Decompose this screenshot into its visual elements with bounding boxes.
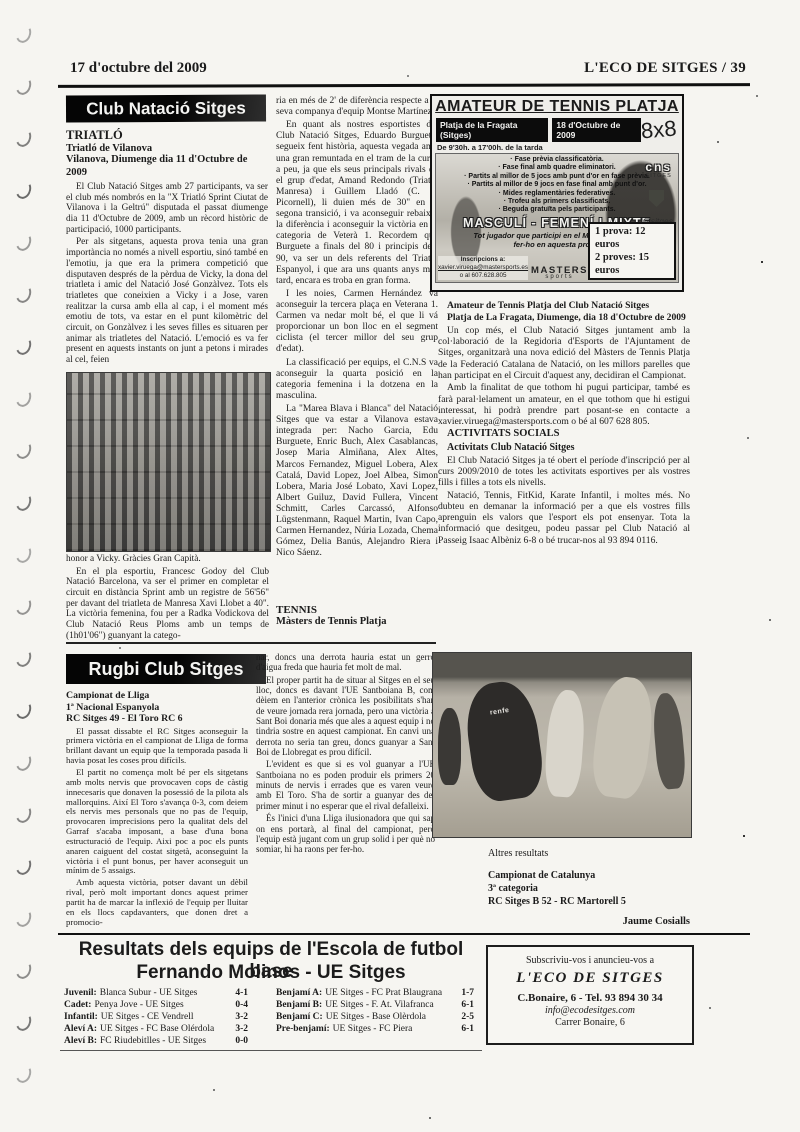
result-row: Benjamí C: UE Sitges - Base Olèrdola 2-5 [276,1011,474,1023]
result-category: Benjamí B: [276,999,322,1011]
result-row: Aleví B: FC Riudebitlles - UE Sitges 0-0 [64,1035,248,1047]
result-category: Benjamí C: [276,1011,323,1023]
campionat-score: RC Sitges B 52 - RC Martorell 5 [488,895,626,908]
ad-location-tag: Platja de la Fragata (Sitges) [436,118,548,142]
team-photo [66,372,271,552]
section-divider-rule [66,642,436,644]
natacio-subhead: Triatló de Vilanova [66,143,268,154]
paragraph: honor a Vicky. Gràcies Gran Capità. [66,554,269,565]
result-match: UE Sitges - F. At. Vilafranca [325,999,434,1011]
tennis-kicker: TENNIS [276,604,438,616]
paragraph: La "Marea Blava i Blanca" del Natació Si… [276,404,438,560]
natacio-headlines: TRIATLÓ Triatló de Vilanova Vilanova, Di… [66,128,268,179]
activitats-subheading: Activitats Club Natació Sitges [438,442,690,454]
rugbi-column-2: nar, doncs una derrota hauria estat un g… [256,652,435,934]
rugby-player-figure [588,674,657,801]
result-score: 6-1 [461,999,474,1011]
header-rule [58,83,750,88]
paragraph: Per als sitgetans, aquesta prova tenia u… [66,237,268,365]
ad-price-1: 1 prova: 12 euros [595,225,669,251]
result-score: 1-7 [461,987,474,999]
masters-sports-logo: MASTERS sports [531,265,588,280]
tennis-kicker-block: TENNIS Màsters de Tennis Platja [276,604,438,627]
rugby-player-figure [651,692,688,790]
paragraph: Amb la finalitat de que tothom hi pugui … [438,382,690,427]
ad-rule-item: · Beguda gratuïta pels participants. [436,206,678,214]
paragraph: ria en més de 2' de diferència respecte … [276,96,438,118]
result-row: Pre-benjamí: UE Sitges - FC Piera 6-1 [276,1023,474,1035]
futbol-results-left: Juvenil: Blanca Subur - UE Sitges 4-1 Ca… [64,987,248,1047]
result-match: UE Sitges - Base Olèrdola [326,1011,426,1023]
paragraph: El Club Natació Sitges ja té obert el pe… [438,455,690,489]
subscription-ad: Subscriviu-vos i anuncieu-vos a L'ECO DE… [486,945,694,1045]
ad-rule-item: · Trofeu als primers classificats. [436,198,678,206]
futbol-top-rule [58,933,750,935]
result-category: Pre-benjamí: [276,1023,330,1035]
activitats-heading: ACTIVITATS SOCIALS [438,428,690,440]
result-category: Benjamí A: [276,987,322,999]
cns-logo: cns SITGES [645,160,672,179]
result-category: Juvenil: [64,987,97,999]
paragraph: nar, doncs una derrota hauria estat un g… [256,652,435,673]
rugby-player-figure [438,708,461,785]
rugby-player-figure: renfe [461,678,546,804]
rugbi-competition: Campionat de Lliga [66,690,248,702]
masthead: L'ECO DE SITGES / 39 [584,60,746,77]
campionat-name: Campionat de Catalunya [488,869,626,882]
paragraph: El Club Natació Sitges amb 27 participan… [66,182,268,235]
ad-inscr-label: Inscripcions a: [438,256,528,264]
result-category: Aleví A: [64,1023,97,1035]
ad-format: 8x8 [639,116,677,145]
altres-resultats-caption: Altres resultats [488,848,548,859]
natacio-column-1: El Club Natació Sitges amb 27 participan… [66,182,268,370]
ad-inscr-email: xavier.viruega@mastersports.es [438,264,528,272]
result-match: Penya Jove - UE Sitges [94,999,183,1011]
paragraph: I les noies, Carmen Hernández va aconseg… [276,289,438,356]
result-category: Infantil: [64,1011,98,1023]
result-row: Benjamí A: UE Sitges - FC Prat Blaugrana… [276,987,474,999]
cns-logo-text: cns [645,160,672,174]
result-score: 6-1 [461,1023,474,1035]
ad-rule-item: · Partits al millor de 5 jocs amb punt d… [436,173,678,181]
result-match: UE Sitges - FC Piera [333,1023,413,1035]
campionat-category: 3ª categoria [488,882,626,895]
subscribe-brand: L'ECO DE SITGES [488,970,692,987]
result-match: FC Riudebitlles - UE Sitges [100,1035,206,1047]
natacio-section-title: Club Natació Sitges [86,98,246,119]
rugbi-division: 1ª Nacional Espanyola [66,702,248,714]
paragraph: En el pla esportiu, Francesc Godoy del C… [66,567,269,642]
paragraph: L'evident es que si es vol guanyar a l'U… [256,759,435,811]
tennis-subhead: Màsters de Tennis Platja [276,616,438,627]
futbol-title-line2: Fernando Molinos - UE Sitges [60,962,482,984]
result-match: UE Sitges - CE Vendrell [101,1011,194,1023]
ad-inscriptions: Inscripcions a: xavier.viruega@masterspo… [438,256,528,280]
paragraph: És l'inici d'una Lliga ilusionadora que … [256,813,435,854]
paragraph: Amb aquesta victòria, potser davant un d… [66,878,248,927]
result-row: Benjamí B: UE Sitges - F. At. Vilafranca… [276,999,474,1011]
subscribe-street: Carrer Bonaire, 6 [488,1017,692,1028]
rugbi-section-header: Rugbi Club Sitges [66,654,266,684]
ad-beach-photo: · Fase prèvia classificatòria. · Fase fi… [435,153,679,283]
paragraph: La classificació per equips, el C.N.S va… [276,358,438,402]
natacio-column-1-cont: honor a Vicky. Gràcies Gran Capità. En e… [66,554,269,644]
result-row: Juvenil: Blanca Subur - UE Sitges 4-1 [64,987,248,999]
ad-rule-item: · Fase prèvia classificatòria. [436,156,678,164]
result-score: 0-0 [235,1035,248,1047]
result-category: Cadet: [64,999,91,1011]
result-match: Blanca Subur - UE Sitges [100,987,198,999]
paragraph: Un cop més, el Club Natació Sitges junta… [438,325,690,382]
natacio-kicker: TRIATLÓ [66,128,268,143]
rugby-match-photo: renfe [432,652,692,838]
result-row: Cadet: Penya Jove - UE Sitges 0-4 [64,999,248,1011]
ad-rule-item: · Mides reglamentàries federatives. [436,190,678,198]
subscribe-line: Subscriviu-vos i anuncieu-vos a [488,955,692,966]
binding-marks [0,0,40,1132]
newspaper-page: 17 d'octubre del 2009 L'ECO DE SITGES / … [0,0,800,1132]
paragraph: El proper partit ha de situar al Sitges … [256,675,435,758]
futbol-results-right: Benjamí A: UE Sitges - FC Prat Blaugrana… [276,987,474,1035]
ad-inscr-phone: o al 607.628.805 [438,272,528,280]
result-match: UE Sitges - FC Base Olérdola [100,1023,214,1035]
subscribe-address: C.Bonaire, 6 - Tel. 93 894 30 34 [488,992,692,1004]
tennis-article-column: Amateur de Tennis Platja del Club Nataci… [438,300,690,648]
ad-price-box: 1 prova: 12 euros 2 proves: 15 euros [588,222,676,281]
result-score: 0-4 [235,999,248,1011]
ad-rule-item: · Partits al millor de 9 jocs en fase fi… [436,181,678,189]
cns-logo-sub: SITGES [645,173,672,179]
ad-date-tag: 18 d'Octubre de 2009 [552,118,640,142]
result-score: 4-1 [235,987,248,999]
ad-rules-list: · Fase prèvia classificatòria. · Fase fi… [436,154,678,215]
result-row: Aleví A: UE Sitges - FC Base Olérdola 3-… [64,1023,248,1035]
natacio-dateline: Vilanova, Diumenge dia 11 d'Octubre de 2… [66,154,268,179]
ad-title: AMATEUR DE TENNIS PLATJA [432,98,682,116]
result-score: 2-5 [461,1011,474,1023]
paragraph: El partit no comença molt bé per els sit… [66,768,248,876]
rugbi-column-1: Campionat de Lliga 1ª Nacional Espanyola… [66,690,248,934]
paragraph: En quant als nostres esportistes del Clu… [276,120,438,287]
rugby-player-figure [543,689,586,798]
result-category: Aleví B: [64,1035,97,1047]
ad-bottom-row: Inscripcions a: xavier.viruega@masterspo… [438,222,676,281]
rugbi-score-line: RC Sitges 49 - El Toro RC 6 [66,713,248,725]
result-match: UE Sitges - FC Prat Blaugrana [325,987,442,999]
ad-meta-row: Platja de la Fragata (Sitges) 18 d'Octub… [432,116,682,143]
ad-price-2: 2 proves: 15 euros [595,251,669,277]
ad-rule-item: · Fase final amb quadre eliminatori. [436,164,678,172]
result-score: 3-2 [235,1011,248,1023]
natacio-column-2: ria en més de 2' de diferència respecte … [276,96,438,602]
natacio-section-header: Club Natació Sitges [66,94,266,122]
campionat-results-block: Campionat de Catalunya 3ª categoria RC S… [488,869,626,908]
ad-hours: De 9'30h. a 17'00h. de la tarda [432,143,682,152]
paragraph: El passat dissabte el RC Sitges aconsegu… [66,727,248,766]
issue-date: 17 d'octubre del 2009 [70,60,207,77]
paragraph: Natació, Tennis, FitKid, Karate Infantil… [438,490,690,547]
tennis-ad: AMATEUR DE TENNIS PLATJA Platja de la Fr… [430,94,684,292]
tennis-lead-2: Platja de La Fragata, Diumenge, dia 18 d… [438,312,690,323]
rugbi-section-title: Rugbi Club Sitges [89,659,244,680]
result-row: Infantil: UE Sitges - CE Vendrell 3-2 [64,1011,248,1023]
subscribe-email: info@ecodesitges.com [488,1005,692,1016]
byline: Jaume Cosialls [538,916,690,927]
tennis-lead-1: Amateur de Tennis Platja del Club Nataci… [438,300,690,311]
result-score: 3-2 [235,1023,248,1035]
jersey-text: renfe [490,707,510,717]
futbol-bottom-rule [60,1050,482,1051]
